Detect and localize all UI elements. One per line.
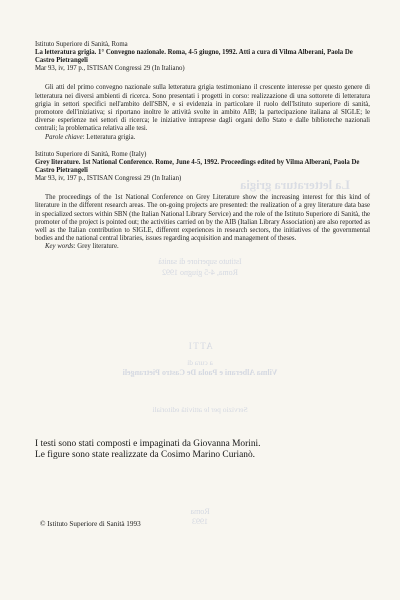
showthrough-place: Roma xyxy=(0,507,400,516)
showthrough-atti: ATTI xyxy=(0,341,400,351)
citation-en-affiliation: Istituto Superiore di Sanità, Rome (Ital… xyxy=(35,151,370,159)
showthrough-event-date: Roma, 4-5 giugno 1992 xyxy=(0,268,400,277)
keywords-english: Key words: Grey literature. xyxy=(35,243,370,251)
abstract-english: The proceedings of the 1st National Conf… xyxy=(35,194,370,243)
showthrough-affiliation: Istituto superiore di sanità xyxy=(0,257,400,266)
typesetting-credits: I testi sono stati composti e impaginati… xyxy=(35,439,380,461)
keywords-en-value: : Grey literature. xyxy=(74,243,119,250)
citation-en-imprint: Mar 93, iv, 197 p., ISTISAN Congressi 29… xyxy=(35,175,370,183)
showthrough-editors: Vilma Alberani e Paola De Castro Pietran… xyxy=(0,368,400,377)
keywords-it-value: : Letteratura grigia. xyxy=(83,134,136,141)
credits-line-1: I testi sono stati composti e impaginati… xyxy=(35,439,380,450)
scanned-document-page: Istituto Superiore di Sanità, Roma La le… xyxy=(0,0,400,600)
copyright-line: © Istituto Superiore di Sanità 1993 xyxy=(40,520,141,528)
citation-it-affiliation: Istituto Superiore di Sanità, Roma xyxy=(35,41,370,49)
keywords-italian: Parole chiave: Letteratura grigia. xyxy=(35,134,370,142)
citation-en-title: Grey literature. 1st National Conference… xyxy=(35,159,370,175)
credits-line-2: Le figure sono state realizzate da Cosim… xyxy=(35,450,380,461)
showthrough-service: Servizio per le attività editoriali xyxy=(0,405,400,414)
showthrough-a-cura-di: a cura di xyxy=(0,358,400,367)
page-content: Istituto Superiore di Sanità, Roma La le… xyxy=(35,41,370,252)
citation-english: Istituto Superiore di Sanità, Rome (Ital… xyxy=(35,151,370,183)
keywords-it-label: Parole chiave xyxy=(45,134,83,141)
citation-it-imprint: Mar 93, iv, 197 p., ISTISAN Congressi 29… xyxy=(35,65,370,73)
citation-it-title: La letteratura grigia. 1° Convegno nazio… xyxy=(35,49,370,65)
keywords-en-label: Key words xyxy=(45,243,74,250)
abstract-italian: Gli atti del primo convegno nazionale su… xyxy=(35,84,370,133)
citation-italian: Istituto Superiore di Sanità, Roma La le… xyxy=(35,41,370,73)
